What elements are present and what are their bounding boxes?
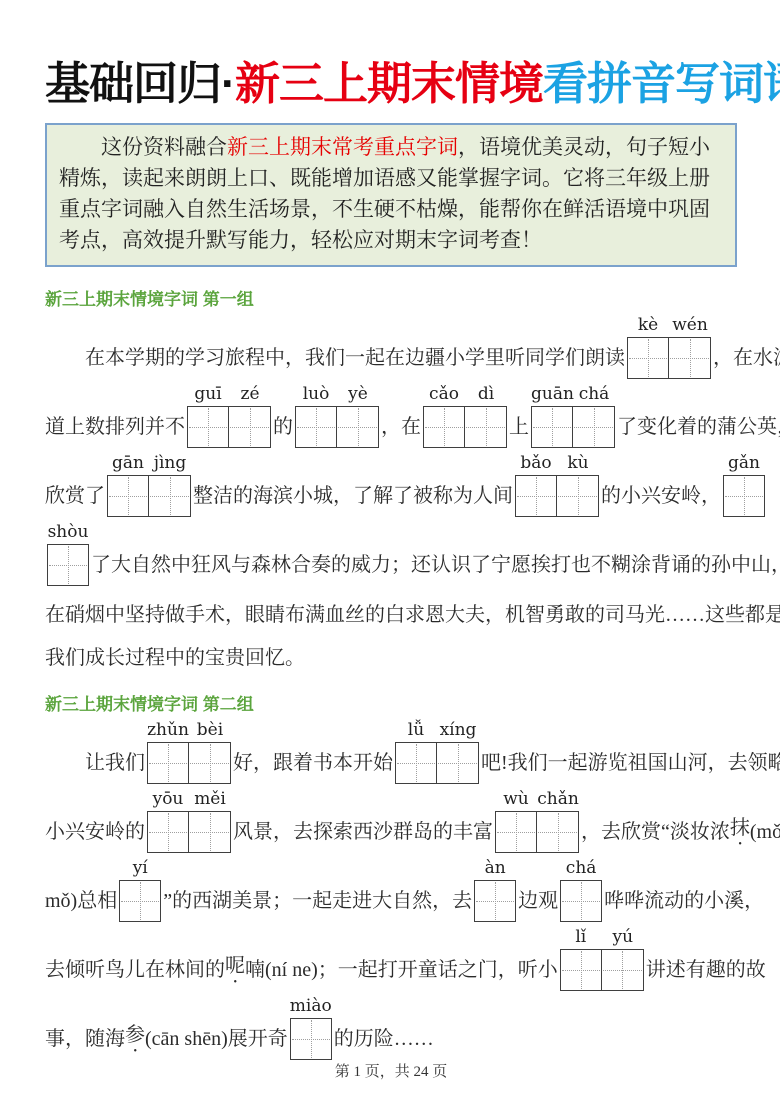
- write-cells: [107, 475, 191, 517]
- write-cell[interactable]: [515, 475, 557, 517]
- write-cell[interactable]: [627, 337, 669, 379]
- intro-text: 这份资料融合新三上期末常考重点字词，语境优美灵动，句子短小精炼，读起来朗朗上口、…: [59, 132, 723, 256]
- pinyin-box-group: yí: [119, 880, 161, 922]
- pinyin-box-group: miào: [290, 1018, 332, 1060]
- text-segment: 道上数排列并不: [45, 413, 185, 441]
- pinyin-box-group: gǎn: [723, 475, 765, 517]
- text-segment: 的: [273, 413, 293, 441]
- write-cell[interactable]: [107, 475, 149, 517]
- write-cell[interactable]: [557, 475, 599, 517]
- text-line: shòu了大自然中狂风与森林合奏的威力；还认识了宁愿挨打也不糊涂背诵的孙中山，: [45, 544, 737, 586]
- text-line: 在硝烟中坚持做手术，眼睛布满血丝的白求恩大夫，机智勇敢的司马光……这些都是: [45, 601, 737, 629]
- write-cell[interactable]: [560, 880, 602, 922]
- write-cell[interactable]: [423, 406, 465, 448]
- pinyin-syllable: měi: [189, 788, 231, 810]
- write-cell[interactable]: [47, 544, 89, 586]
- write-cell[interactable]: [465, 406, 507, 448]
- pinyin-label: bǎokù: [515, 452, 599, 474]
- pinyin-syllable: chá: [573, 383, 615, 405]
- sections: 新三上期末情境字词 第一组在本学期的学习旅程中，我们一起在边疆小学里听同学们朗读…: [45, 267, 737, 1060]
- text-segment: 参: [125, 1021, 145, 1057]
- write-cells: [723, 475, 765, 517]
- pinyin-label: wùchǎn: [495, 788, 579, 810]
- pinyin-label: chá: [560, 857, 602, 879]
- write-cell[interactable]: [147, 742, 189, 784]
- write-cell[interactable]: [560, 949, 602, 991]
- pinyin-box-group: cǎodì: [423, 406, 507, 448]
- text-segment: 小兴安岭的: [45, 818, 145, 846]
- pinyin-label: guīzé: [187, 383, 271, 405]
- pinyin-syllable: gān: [107, 452, 149, 474]
- write-cell[interactable]: [602, 949, 644, 991]
- pinyin-syllable: miào: [290, 995, 332, 1017]
- pinyin-syllable: bèi: [189, 719, 231, 741]
- pinyin-label: yí: [119, 857, 161, 879]
- title-part-black: 基础回归·: [45, 58, 235, 109]
- pinyin-box-group: guānchá: [531, 406, 615, 448]
- text-segment: ，在: [381, 413, 421, 441]
- text-line: 我们成长过程中的宝贵回忆。: [45, 644, 737, 672]
- pinyin-label: luòyè: [295, 383, 379, 405]
- write-cells: [474, 880, 516, 922]
- pinyin-box-group: gānjìng: [107, 475, 191, 517]
- pinyin-label: kèwén: [627, 314, 711, 336]
- pinyin-syllable: wù: [495, 788, 537, 810]
- write-cell[interactable]: [187, 406, 229, 448]
- text-segment: ，在水泥: [713, 344, 780, 372]
- text-line: 让我们zhǔnbèi好，跟着书本开始lǚxíng吧!我们一起游览祖国山河，去领略: [45, 742, 737, 784]
- pinyin-box-group: bǎokù: [515, 475, 599, 517]
- pinyin-box-group: àn: [474, 880, 516, 922]
- text-segment: 事，随海: [45, 1025, 125, 1053]
- pinyin-syllable: yōu: [147, 788, 189, 810]
- pinyin-label: lǚxíng: [395, 719, 479, 741]
- pinyin-syllable: shòu: [47, 521, 89, 543]
- text-segment: 喃(ní ne)；一起打开童话之门，听小: [245, 956, 558, 984]
- pinyin-syllable: luò: [295, 383, 337, 405]
- intro-text-pre: 这份资料融合: [101, 135, 227, 159]
- pinyin-box-group: wùchǎn: [495, 811, 579, 853]
- write-cells: [119, 880, 161, 922]
- pinyin-label: lǐyú: [560, 926, 644, 948]
- pinyin-syllable: kè: [627, 314, 669, 336]
- text-segment: ，去欣赏“淡妆浓: [581, 818, 730, 846]
- section-heading: 新三上期末情境字词 第一组: [45, 285, 737, 310]
- text-segment: 上: [509, 413, 529, 441]
- text-line: 事，随海参(cān shēn)展开奇miào的历险……: [45, 1018, 737, 1060]
- write-cell[interactable]: [147, 811, 189, 853]
- pinyin-syllable: wén: [669, 314, 711, 336]
- write-cell[interactable]: [669, 337, 711, 379]
- write-cells: [560, 880, 602, 922]
- pinyin-label: gǎn: [723, 452, 765, 474]
- text-segment: 了变化着的蒲公英，: [617, 413, 780, 441]
- text-segment: 边观: [518, 887, 558, 915]
- pinyin-syllable: cǎo: [423, 383, 465, 405]
- text-segment: 呢: [225, 952, 245, 988]
- title-part-red: 新三上期末情境: [235, 58, 543, 109]
- text-segment: 的小兴安岭，: [601, 482, 721, 510]
- pinyin-box-group: luòyè: [295, 406, 379, 448]
- write-cells: [515, 475, 599, 517]
- write-cell[interactable]: [189, 742, 231, 784]
- write-cells: [187, 406, 271, 448]
- pinyin-syllable: àn: [474, 857, 516, 879]
- write-cell[interactable]: [537, 811, 579, 853]
- text-line: 在本学期的学习旅程中，我们一起在边疆小学里听同学们朗读kèwén，在水泥: [45, 337, 737, 379]
- pinyin-syllable: xíng: [437, 719, 479, 741]
- write-cell[interactable]: [395, 742, 437, 784]
- worksheet-paragraph: 在本学期的学习旅程中，我们一起在边疆小学里听同学们朗读kèwén，在水泥道上数排…: [45, 337, 737, 672]
- pinyin-box-group: guīzé: [187, 406, 271, 448]
- text-segment: 欣赏了: [45, 482, 105, 510]
- write-cell[interactable]: [474, 880, 516, 922]
- text-segment: (cān shēn)展开奇: [145, 1025, 288, 1053]
- pinyin-label: shòu: [47, 521, 89, 543]
- pinyin-syllable: bǎo: [515, 452, 557, 474]
- write-cells: [531, 406, 615, 448]
- write-cell[interactable]: [573, 406, 615, 448]
- text-line: 道上数排列并不guīzé的luòyè，在cǎodì上guānchá了变化着的蒲公…: [45, 406, 737, 448]
- pinyin-box-group: zhǔnbèi: [147, 742, 231, 784]
- write-cells: [290, 1018, 332, 1060]
- pinyin-label: guānchá: [531, 383, 615, 405]
- write-cell[interactable]: [149, 475, 191, 517]
- text-segment: 让我们: [85, 749, 145, 777]
- text-line: 欣赏了gānjìng整洁的海滨小城，了解了被称为人间bǎokù的小兴安岭，gǎn: [45, 475, 737, 517]
- write-cells: [147, 811, 231, 853]
- pinyin-syllable: gǎn: [723, 452, 765, 474]
- write-cells: [295, 406, 379, 448]
- write-cell[interactable]: [495, 811, 537, 853]
- pinyin-box-group: chá: [560, 880, 602, 922]
- text-line: mǒ)总相yí”的西湖美景；一起走进大自然，去àn边观chá哗哗流动的小溪，: [45, 880, 737, 922]
- write-cell[interactable]: [531, 406, 573, 448]
- pinyin-syllable: zhǔn: [147, 719, 189, 741]
- pinyin-box-group: lǚxíng: [395, 742, 479, 784]
- title-part-blue: 看拼音写词语: [543, 58, 780, 109]
- write-cells: [395, 742, 479, 784]
- pinyin-label: gānjìng: [107, 452, 191, 474]
- write-cell[interactable]: [290, 1018, 332, 1060]
- text-segment: 去倾听鸟儿在林间的: [45, 956, 225, 984]
- pinyin-box-group: kèwén: [627, 337, 711, 379]
- text-segment: 我们成长过程中的宝贵回忆。: [45, 644, 305, 672]
- text-line: 小兴安岭的yōuměi风景，去探索西沙群岛的丰富wùchǎn，去欣赏“淡妆浓抹(…: [45, 811, 737, 853]
- text-segment: ”的西湖美景；一起走进大自然，去: [163, 887, 472, 915]
- pinyin-label: àn: [474, 857, 516, 879]
- write-cell[interactable]: [119, 880, 161, 922]
- write-cell[interactable]: [437, 742, 479, 784]
- pinyin-syllable: dì: [465, 383, 507, 405]
- pinyin-label: zhǔnbèi: [147, 719, 231, 741]
- text-segment: 吧!我们一起游览祖国山河，去领略: [481, 749, 780, 777]
- pinyin-syllable: yè: [337, 383, 379, 405]
- worksheet-page: 基础回归·新三上期末情境看拼音写词语 这份资料融合新三上期末常考重点字词，语境优…: [0, 0, 780, 1103]
- pinyin-syllable: jìng: [149, 452, 191, 474]
- write-cell[interactable]: [295, 406, 337, 448]
- write-cells: [147, 742, 231, 784]
- worksheet-paragraph: 让我们zhǔnbèi好，跟着书本开始lǚxíng吧!我们一起游览祖国山河，去领略…: [45, 742, 737, 1060]
- pinyin-label: miào: [290, 995, 332, 1017]
- pinyin-syllable: yí: [119, 857, 161, 879]
- pinyin-syllable: guān: [531, 383, 573, 405]
- intro-text-highlight: 新三上期末常考重点字词: [227, 135, 458, 159]
- pinyin-syllable: chǎn: [537, 788, 579, 810]
- page-number: 第 1 页，共 24 页: [335, 1064, 448, 1080]
- write-cell[interactable]: [229, 406, 271, 448]
- text-segment: 讲述有趣的故: [646, 956, 766, 984]
- text-segment: 的历险……: [334, 1025, 434, 1053]
- intro-box: 这份资料融合新三上期末常考重点字词，语境优美灵动，句子短小精炼，读起来朗朗上口、…: [45, 123, 737, 267]
- pinyin-box-group: lǐyú: [560, 949, 644, 991]
- pinyin-syllable: zé: [229, 383, 271, 405]
- write-cell[interactable]: [337, 406, 379, 448]
- text-segment: 抹: [730, 814, 750, 850]
- pinyin-box-group: yōuměi: [147, 811, 231, 853]
- text-segment: mǒ)总相: [45, 887, 117, 915]
- pinyin-label: cǎodì: [423, 383, 507, 405]
- write-cells: [47, 544, 89, 586]
- text-segment: (mǒ: [750, 818, 780, 846]
- pinyin-syllable: yú: [602, 926, 644, 948]
- pinyin-syllable: lǐ: [560, 926, 602, 948]
- write-cells: [560, 949, 644, 991]
- page-footer: 第 1 页，共 24 页: [45, 1060, 737, 1095]
- pinyin-label: yōuměi: [147, 788, 231, 810]
- write-cells: [627, 337, 711, 379]
- page-title: 基础回归·新三上期末情境看拼音写词语: [45, 58, 737, 110]
- text-segment: 风景，去探索西沙群岛的丰富: [233, 818, 493, 846]
- text-segment: 整洁的海滨小城，了解了被称为人间: [193, 482, 513, 510]
- pinyin-syllable: chá: [560, 857, 602, 879]
- write-cell[interactable]: [723, 475, 765, 517]
- section-heading: 新三上期末情境字词 第二组: [45, 690, 737, 715]
- text-segment: 好，跟着书本开始: [233, 749, 393, 777]
- pinyin-syllable: lǚ: [395, 719, 437, 741]
- write-cell[interactable]: [189, 811, 231, 853]
- pinyin-syllable: kù: [557, 452, 599, 474]
- text-segment: 了大自然中狂风与森林合奏的威力；还认识了宁愿挨打也不糊涂背诵的孙中山，: [91, 551, 780, 579]
- write-cells: [495, 811, 579, 853]
- pinyin-box-group: shòu: [47, 544, 89, 586]
- pinyin-syllable: guī: [187, 383, 229, 405]
- text-segment: 在硝烟中坚持做手术，眼睛布满血丝的白求恩大夫，机智勇敢的司马光……这些都是: [45, 601, 780, 629]
- text-line: 去倾听鸟儿在林间的呢喃(ní ne)；一起打开童话之门，听小lǐyú讲述有趣的故: [45, 949, 737, 991]
- text-segment: 哗哗流动的小溪，: [604, 887, 764, 915]
- write-cells: [423, 406, 507, 448]
- text-segment: 在本学期的学习旅程中，我们一起在边疆小学里听同学们朗读: [85, 344, 625, 372]
